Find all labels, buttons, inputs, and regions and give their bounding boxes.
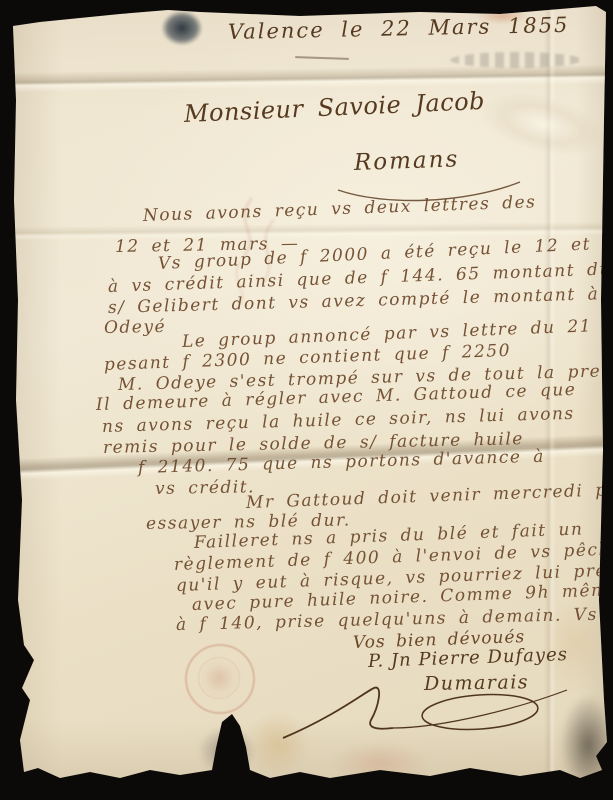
letter-line: vs crédit.	[155, 477, 255, 499]
paper-wrinkle	[473, 81, 613, 167]
scanned-letter-photo: Valence le 22 Mars 1855 Monsieur Savoie …	[0, 0, 613, 800]
letter-line: Odeyé	[104, 317, 166, 338]
recipient-name: Monsieur Savoie Jacob	[183, 87, 485, 128]
stain-bottom-center	[332, 742, 428, 784]
fold-crease-top	[0, 63, 613, 92]
postmark-inner-ring	[198, 657, 240, 699]
smudge-above-tear	[198, 726, 256, 776]
letter-paper-sheet: Valence le 22 Mars 1855 Monsieur Savoie …	[0, 0, 613, 800]
letter-line: Mr Gattoud doit venir mercredi pour	[246, 479, 613, 513]
signature-name: Dumarais	[424, 671, 529, 695]
letter-line: Nous avons reçu vs deux lettres des	[143, 192, 537, 226]
dateline: Valence le 22 Mars 1855	[228, 13, 570, 44]
pen-dash-mark	[295, 56, 349, 60]
corner-shadow	[560, 695, 613, 795]
recipient-city: Romans	[354, 146, 460, 176]
ink-blot-smudge	[156, 6, 208, 50]
stain-bottom-left	[246, 712, 310, 776]
postmark-stamp	[185, 644, 255, 714]
ghost-impressed-text	[450, 52, 582, 68]
